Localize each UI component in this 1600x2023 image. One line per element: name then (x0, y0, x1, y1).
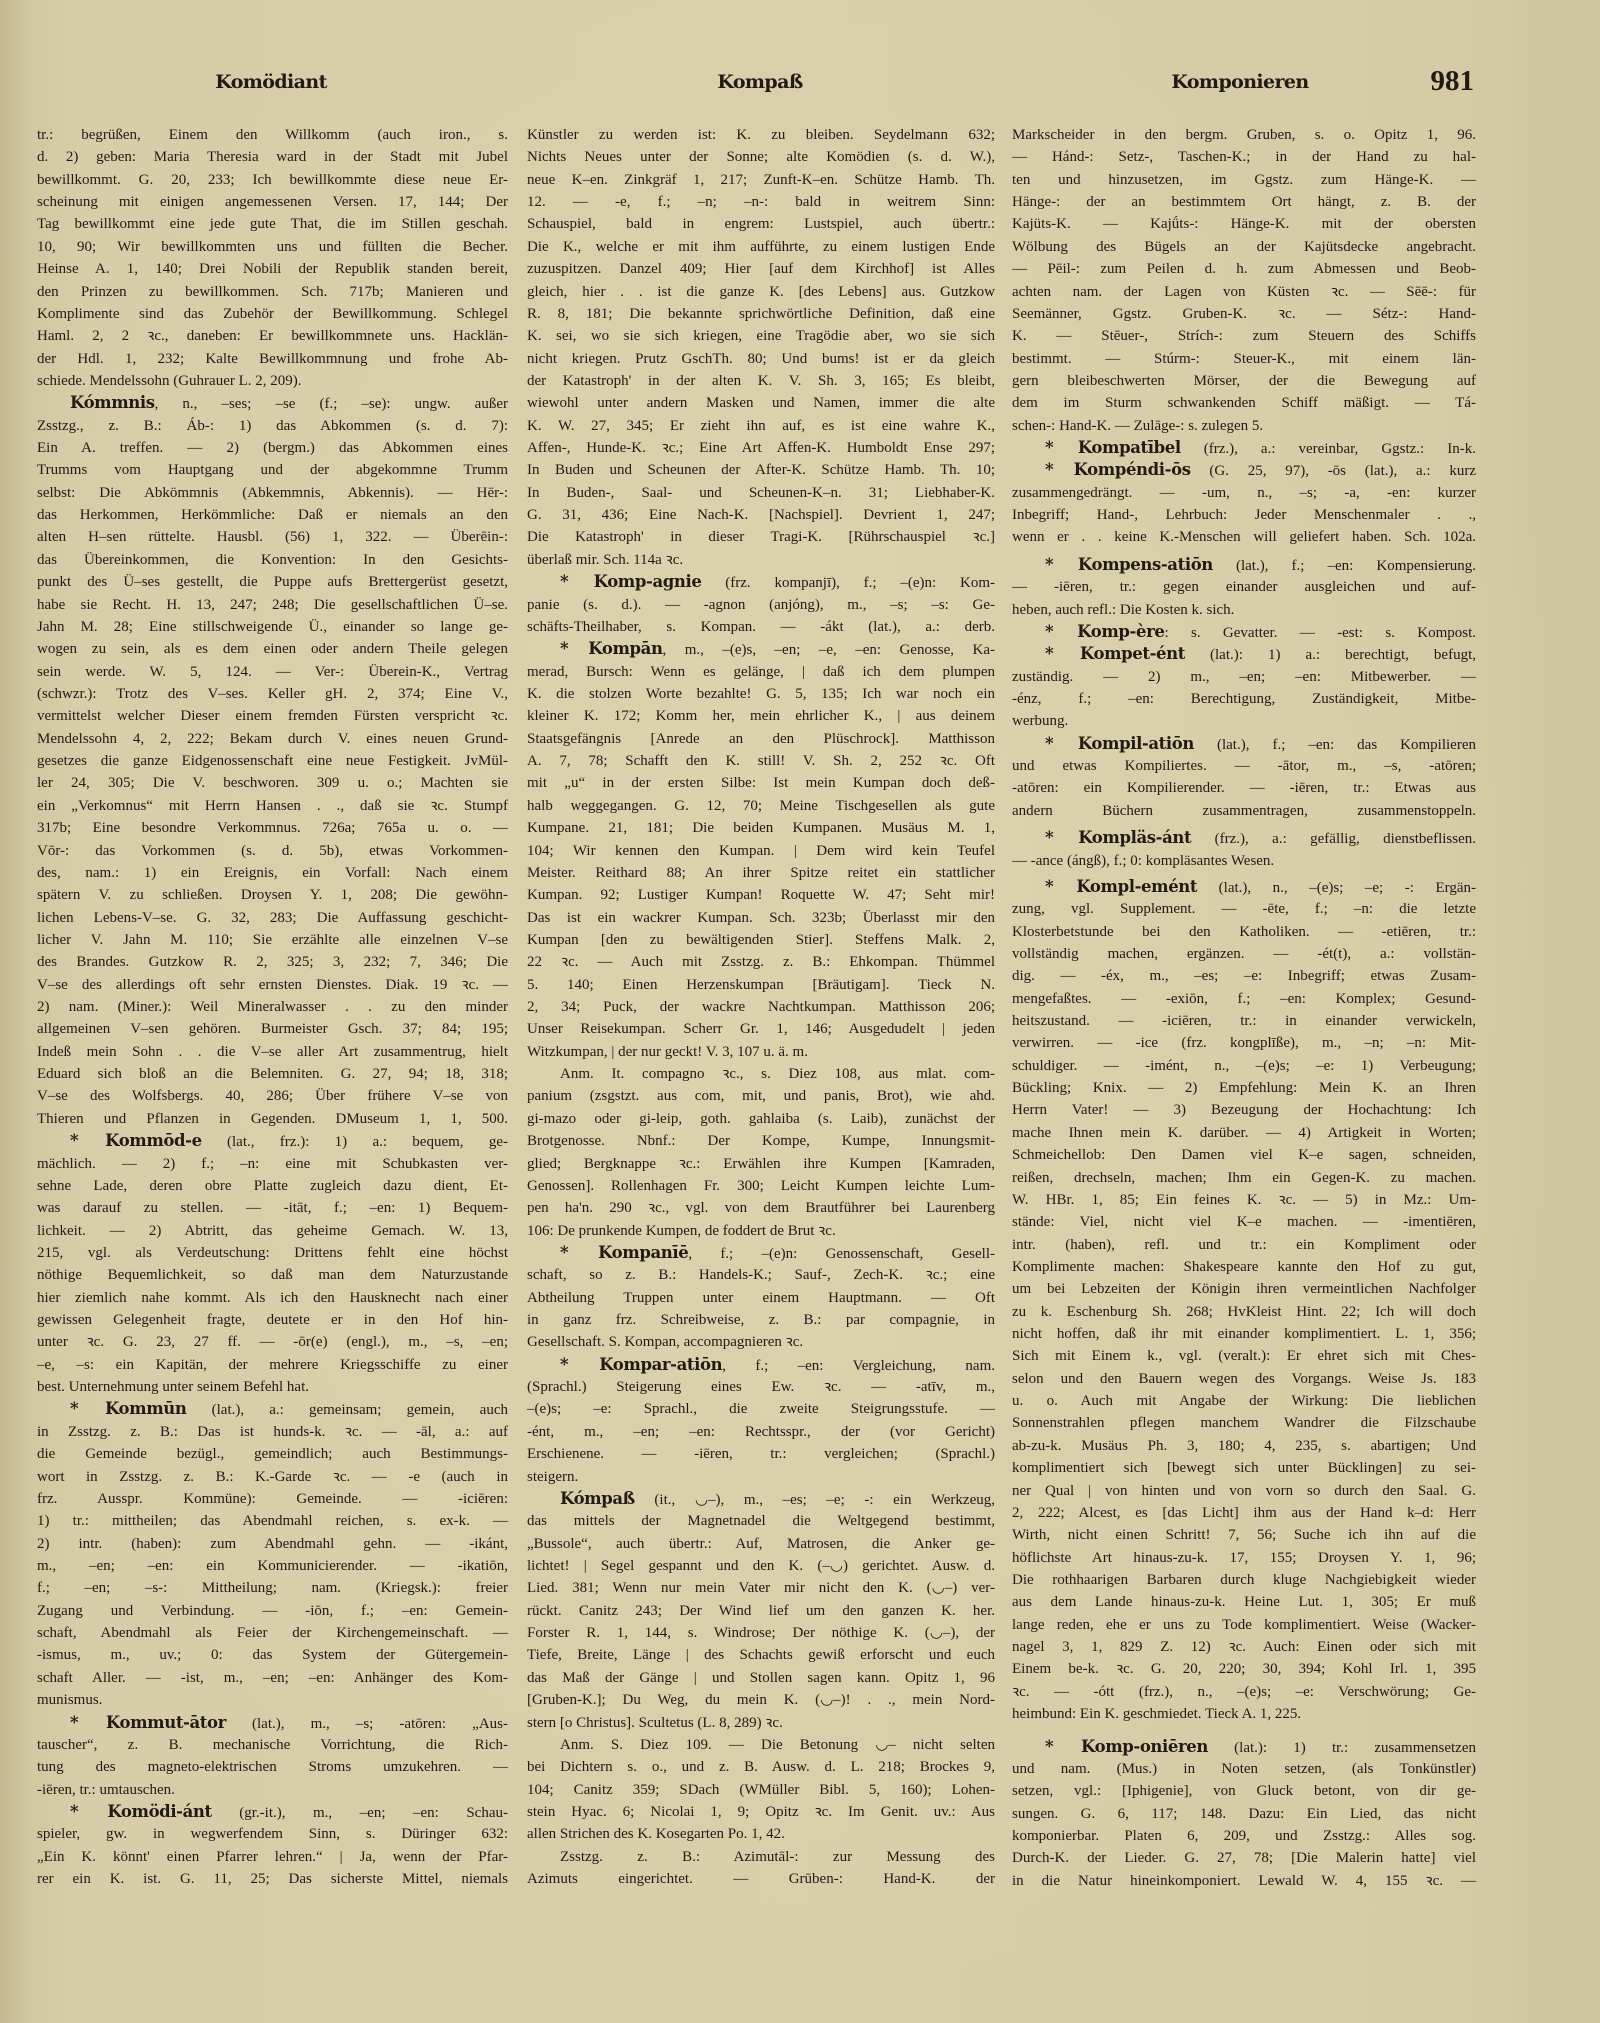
line-text: verwirren. — -ice (frz. kongplīße), m., … (1012, 1035, 1476, 1051)
line-text: spätern V. zu schließen. Droysen Y. 1, 2… (37, 887, 508, 903)
text-line: Vōr-: das Vorkommen (s. d. 5b), etwas Vo… (37, 840, 508, 862)
line-text: vermittelst welcher Dieser einem fremden… (37, 708, 508, 724)
line-text: Affen-, Hunde-K. ꝛc.; Eine Art Affen-K. … (527, 440, 995, 456)
text-line: nagel 3, 1, 829 Z. 12) ꝛc. Auch: Einen o… (1012, 1636, 1476, 1658)
text-line: — Pēil-: zum Peilen d. h. zum Abmessen u… (1012, 258, 1476, 280)
text-line: lichkeit. — 2) Abtritt, das geheime Gema… (37, 1220, 508, 1242)
text-line: panium (zsgstzt. aus com, mit, und panis… (527, 1085, 995, 1107)
text-line: [Gruben-K.]; Du Weg, du mein K. (◡–)! . … (527, 1689, 995, 1711)
text-line: schaft, so z. B.: Handels-K.; Sauf-, Zec… (527, 1264, 995, 1286)
line-text: überlaß mir. Sch. 114a ꝛc. (527, 552, 683, 568)
line-text: Witzkumpan, | der nur geckt! V. 3, 107 u… (527, 1044, 808, 1060)
line-text: habe sie Recht. H. 13, 247; 248; Die ges… (37, 597, 508, 613)
line-text: merad, Bursch: Wenn es gelänge, | daß ic… (527, 664, 995, 680)
text-line: Kumpan [den zu bewältigenden Stier]. Ste… (527, 929, 995, 951)
line-text: Kumpan. 92; Lustiger Kumpan! Roquette W.… (527, 887, 995, 903)
line-text: G. 31, 436; Eine Nach-K. [Nachspiel]. De… (527, 507, 995, 523)
text-line: K. W. 27, 345; Er zieht ihn auf, es ist … (527, 415, 995, 437)
text-line: nicht hoffen, daß ihr mit einander kompl… (1012, 1323, 1476, 1345)
line-text: punkt des Ü–ses gestellt, die Puppe aufs… (37, 574, 508, 590)
page-number: 981 (1431, 64, 1475, 98)
line-text: schuldiger. — -imént, n., –(e)s; –e: 1) … (1012, 1058, 1476, 1074)
entry-line: Kómmnis, n., –ses; –se (f.; –se): ungw. … (37, 392, 508, 414)
line-text: d. 2) geben: Maria Theresia ward in der … (37, 149, 508, 165)
text-line: Jahn M. 28; Eine stillschweigende Ü., ei… (37, 616, 508, 638)
text-line: 317b; Eine besondre Verkommnus. 726a; 76… (37, 817, 508, 839)
text-line: licher V. Jahn M. 110; Sie erzählte alle… (37, 929, 508, 951)
text-line: 104; Canitz 359; SDach (WMüller Bibl. 5,… (527, 1779, 995, 1801)
text-line: zusammengedrängt. — -um, n., –s; -a, -en… (1012, 482, 1476, 504)
text-line: Zsstzg. z. B.: Azimutāl-: zur Messung de… (527, 1846, 995, 1868)
text-line: pen ha'n. 290 ꝛc., vgl. von dem Brautfüh… (527, 1197, 995, 1219)
text-line: Schmeichellob: Den Damen viel K–e sagen,… (1012, 1144, 1476, 1166)
line-text: glied; Bergknappe ꝛc.: Erwählen ihre Kum… (527, 1156, 995, 1172)
line-text: dig. — -éx, m., –es; –e: Inbegriff; etwa… (1012, 968, 1476, 984)
text-line: was darauf zu stellen. — -itāt, f.; –en:… (37, 1197, 508, 1219)
line-text: sehne Lade, deren obre Platte zugleich d… (37, 1178, 508, 1194)
text-line: allgemeinen V–sen gehören. Burmeister Gs… (37, 1018, 508, 1040)
line-text: V–se des allerdings oft sehr ernsten Die… (37, 977, 508, 993)
text-line: vollständig machen, ergänzen. — -ét(t), … (1012, 943, 1476, 965)
text-line: in ganz frz. Schreibweise, z. B.: par co… (527, 1309, 995, 1331)
text-line: selbst: Die Abkömmnis (Abkemmnis, Abkenn… (37, 482, 508, 504)
line-text: Zsstzg., z. B.: Áb-: 1) das Abkommen (s.… (37, 418, 508, 434)
text-line: des Brandes. Gutzkow R. 2, 325; 3, 232; … (37, 951, 508, 973)
text-line: tr.: begrüßen, Einem den Willkomm (auch … (37, 124, 508, 146)
text-line: heitszustand. — -iciēren, tr.: in einand… (1012, 1010, 1476, 1032)
text-line: wenn er . . keine K.-Menschen will gelie… (1012, 526, 1476, 548)
text-line: Affen-, Hunde-K. ꝛc.; Eine Art Affen-K. … (527, 437, 995, 459)
text-line: „Ein K. könnt' einen Pfarrer lehren.“ | … (37, 1846, 508, 1868)
line-text: Lied. 381; Wenn nur mein Vater mir nicht… (527, 1580, 995, 1596)
text-line: Azimuts eingerichtet. — Grūben-: Hand-K.… (527, 1868, 995, 1890)
text-line: Kajüts-K. — Kajǘts-: Hänge-K. mit der ob… (1012, 213, 1476, 235)
text-line: Kumpane. 21, 181; Die beiden Kumpanen. M… (527, 817, 995, 839)
text-line: Haml. 2, 2 ꝛc., daneben: Er bewillkommne… (37, 325, 508, 347)
text-line: setzen, vgl.: [Iphigenie], von Gluck bet… (1012, 1780, 1476, 1802)
line-text: steigern. (527, 1469, 578, 1485)
line-text: stein Hyac. 6; Nicolai 1, 9; Opitz ꝛc. I… (527, 1804, 995, 1820)
line-text: K. W. 27, 345; Er zieht ihn auf, es ist … (527, 418, 995, 434)
text-line: f.; –en; –s-: Mittheilung; nam. (Kriegsk… (37, 1577, 508, 1599)
line-text: Eduard sich bloß an die Belemniten. G. 2… (37, 1066, 508, 1082)
line-text: das Herkommen, Herkömmliche: Daß er niem… (37, 507, 508, 523)
line-text: (lat.), f.; –en: das Kompilieren (1194, 737, 1476, 753)
line-text: Tiefe, Breite, Länge | des Schachts gewi… (527, 1647, 995, 1663)
text-line: -ént, m., –en; –en: Rechtsspr., der (vor… (527, 1421, 995, 1443)
text-line: stern [o Christus]. Scultetus (L. 8, 289… (527, 1712, 995, 1734)
headword: * Kompéndi-ōs (1045, 460, 1191, 479)
line-text: , f.; –en: Vergleichung, nam. (722, 1358, 995, 1374)
text-line: ler 24, 305; Die V. beschworen. 309 u. o… (37, 772, 508, 794)
text-line: das Maß der Gänge | und Stollen sagen ka… (527, 1667, 995, 1689)
line-text: die Gemeinde bezügl., gemeindlich; auch … (37, 1446, 508, 1462)
line-text: [Gruben-K.]; Du Weg, du mein K. (◡–)! . … (527, 1692, 995, 1708)
text-line: lichtet! | Segel gespannt und den K. (–◡… (527, 1555, 995, 1577)
line-text: komplimentiert sich [bewegt sich unter B… (1012, 1460, 1476, 1476)
line-text: selon und den Bauern wegen des Vorgangs.… (1012, 1371, 1476, 1387)
line-text: den Prinzen zu bewillkommen. Sch. 717b; … (37, 284, 508, 300)
line-text: W. HBr. 1, 85; Ein feines K. ꝛc. — 5) in… (1012, 1192, 1476, 1208)
line-text: um bei Lebzeiten der Königin ihren verme… (1012, 1281, 1476, 1297)
line-text: nöthige Bequemlichkeit, so daß man dem N… (37, 1267, 508, 1283)
text-line: punkt des Ü–ses gestellt, die Puppe aufs… (37, 571, 508, 593)
line-text: stände: Viel, nicht viel K–e machen. — -… (1012, 1214, 1476, 1230)
text-line: panie (s. d.). — -agnon (anjóng), m., –s… (527, 594, 995, 616)
text-line: höflichste Art hinaus-zu-k. 17, 155; Dro… (1012, 1547, 1476, 1569)
text-line: spieler, gw. in wegwerfendem Sinn, s. Dü… (37, 1823, 508, 1845)
line-text: tr.: begrüßen, Einem den Willkomm (auch … (37, 127, 508, 143)
text-line: Markscheider in den bergm. Gruben, s. o.… (1012, 124, 1476, 146)
line-text: das mittels der Magnetnadel die Weltgege… (527, 1513, 995, 1529)
text-line: ten und hinzusetzen, im Ggstz. zum Hänge… (1012, 169, 1476, 191)
entry-line: * Komödi-ánt (gr.-it.), m., –en; –en: Sc… (37, 1801, 508, 1823)
line-text: des Brandes. Gutzkow R. 2, 325; 3, 232; … (37, 954, 508, 970)
entry-line: * Kompil-atiōn (lat.), f.; –en: das Komp… (1012, 733, 1476, 755)
text-line: überlaß mir. Sch. 114a ꝛc. (527, 549, 995, 571)
text-line: gesetzes die ganze Eidgenossenschaft ein… (37, 750, 508, 772)
text-line: zuständig. — 2) m., –en; –en: Mitbewerbe… (1012, 666, 1476, 688)
text-line: munismus. (37, 1689, 508, 1711)
line-text: –e, –s: ein Kapitän, der mehrere Kriegss… (37, 1357, 508, 1373)
line-text: Abtheilung Truppen unter einem Hauptmann… (527, 1290, 995, 1306)
text-line: tauscher“, z. B. mechanische Vorrichtung… (37, 1734, 508, 1756)
entry-line: * Kompens-atiōn (lat.), f.; –en: Kompens… (1012, 554, 1476, 576)
text-line: das Übereinkommen, die Konvention: In de… (37, 549, 508, 571)
line-text: Wölbung des Bügels an der Kajütsdecke an… (1012, 239, 1476, 255)
line-text: Kumpan [den zu bewältigenden Stier]. Ste… (527, 932, 995, 948)
entry-line: * Kompanīē, f.; –(e)n: Genossenschaft, G… (527, 1242, 995, 1264)
line-text: halb weggegangen. G. 12, 70; Meine Tisch… (527, 798, 995, 814)
line-text: werbung. (1012, 713, 1068, 729)
text-line: Forster R. 1, 144, s. Windrose; Der nöth… (527, 1622, 995, 1644)
text-column-3: Markscheider in den bergm. Gruben, s. o.… (1012, 124, 1476, 1892)
line-text: Thieren und Pflanzen in Gegenden. DMuseu… (37, 1111, 508, 1127)
text-line: -ismus, m., uv.; 0: das System der Güter… (37, 1644, 508, 1666)
text-line: V–se des Wolfsbergs. 40, 286; Über frühe… (37, 1085, 508, 1107)
text-line: 2, 34; Puck, der wackre Nachtkumpan. Mat… (527, 996, 995, 1018)
headword: * Kommōd-e (70, 1131, 202, 1150)
line-text: gesetzes die ganze Eidgenossenschaft ein… (37, 753, 508, 769)
line-text: –(e)s; –e: Sprachl., die zweite Steigrun… (527, 1401, 995, 1417)
line-text: wort in Zsstzg. z. B.: K.-Garde ꝛc. — -e… (37, 1469, 508, 1485)
line-text: Kajüts-K. — Kajǘts-: Hänge-K. mit der ob… (1012, 216, 1476, 232)
line-text: heben, auch refl.: Die Kosten k. sich. (1012, 602, 1234, 618)
line-text: best. Unternehmung unter seinem Befehl h… (37, 1379, 309, 1395)
entry-line: * Komp-ère: s. Gevatter. — -est: s. Komp… (1012, 621, 1476, 643)
line-text: -atōren: ein Kompilierender. — -iēren, t… (1012, 780, 1476, 796)
line-text: -ismus, m., uv.; 0: das System der Güter… (37, 1647, 508, 1663)
text-line: sehne Lade, deren obre Platte zugleich d… (37, 1175, 508, 1197)
line-text: Inbegriff; Hand-, Lehrbuch: Jeder Mensch… (1012, 507, 1476, 523)
text-line: Witzkumpan, | der nur geckt! V. 3, 107 u… (527, 1041, 995, 1063)
text-line: Sich mit Einem k., vgl. (veralt.): Er eh… (1012, 1345, 1476, 1367)
text-line: schiede. Mendelssohn (Guhrauer L. 2, 209… (37, 370, 508, 392)
headword: * Komödi-ánt (70, 1802, 212, 1821)
line-text: andern Büchern zusammentragen, zusammens… (1012, 803, 1476, 819)
line-text: schaft, Abendmahl als Feier der Kircheng… (37, 1625, 508, 1641)
text-line: allen Strichen des K. Kosegarten Po. 1, … (527, 1823, 995, 1845)
text-line: d. 2) geben: Maria Theresia ward in der … (37, 146, 508, 168)
text-line: vermittelst welcher Dieser einem fremden… (37, 705, 508, 727)
line-text: lichen Lebens-V–se. G. 32, 283; Die Auff… (37, 910, 508, 926)
line-text: 5. 140; Einen Herzenskumpan [Bräutigam].… (527, 977, 995, 993)
line-text: gi-mazo oder gi-leip, goth. gahlaiba (s.… (527, 1111, 995, 1127)
line-text: reißen, drechseln, machen; Ihm ein Gegen… (1012, 1170, 1476, 1186)
text-line: die Gemeinde bezügl., gemeindlich; auch … (37, 1443, 508, 1465)
text-line: intr. (haben), refl. und tr.: ein Kompli… (1012, 1234, 1476, 1256)
text-line: lange reden, ehe er uns zu Tode komplime… (1012, 1614, 1476, 1636)
line-text: schaft, so z. B.: Handels-K.; Sauf-, Zec… (527, 1267, 995, 1283)
text-line: alten H–sen rüttelte. Hausbl. (56) 1, 32… (37, 526, 508, 548)
text-line: Hänge-: der an bestimmtem Ort hängt, z. … (1012, 191, 1476, 213)
headword: * Kompar-atiōn (560, 1355, 722, 1374)
line-text: bestimmt. — Stúrm-: Steuer-K., mit einem… (1012, 351, 1476, 367)
text-line: 2) intr. (haben): zum Abendmahl gehn. — … (37, 1533, 508, 1555)
text-line: 2, 222; Alcest, es [das Licht] ihm aus d… (1012, 1502, 1476, 1524)
line-text: u. o. Auch mit Angabe der Wirkung: Die l… (1012, 1393, 1476, 1409)
text-line: gern bleibeschwerten Mörser, der die Bew… (1012, 370, 1476, 392)
line-text: tauscher“, z. B. mechanische Vorrichtung… (37, 1737, 508, 1753)
line-text: Zsstzg. z. B.: Azimutāl-: zur Messung de… (560, 1849, 995, 1865)
text-line: spätern V. zu schließen. Droysen Y. 1, 2… (37, 884, 508, 906)
text-line: und nam. (Mus.) in Noten setzen, (als To… (1012, 1758, 1476, 1780)
line-text: (it., ◡–), m., –es; –e; -: ein Werkzeug, (635, 1492, 995, 1508)
text-line: 12. — -e, f.; –n; –n-: bald in weitrem S… (527, 191, 995, 213)
line-text: (schwzr.): Trotz des V–ses. Keller gH. 2… (37, 686, 508, 702)
line-text: Haml. 2, 2 ꝛc., daneben: Er bewillkommne… (37, 328, 508, 344)
text-line: (Sprachl.) Steigerung eines Ew. ꝛc. — -a… (527, 1376, 995, 1398)
entry-line: Kómpaß (it., ◡–), m., –es; –e; -: ein We… (527, 1488, 995, 1510)
text-line: Genossen]. Rollenhagen Fr. 300; Leicht K… (527, 1175, 995, 1197)
text-line: stein Hyac. 6; Nicolai 1, 9; Opitz ꝛc. I… (527, 1801, 995, 1823)
line-text: — -iēren, tr.: gegen einander ausgleiche… (1012, 579, 1476, 595)
text-line: Brotgenosse. Nbnf.: Der Kompe, Kumpe, In… (527, 1130, 995, 1152)
text-line: K. die stolzen Worte bezahlte! G. 5, 135… (527, 683, 995, 705)
line-text: Kumpane. 21, 181; Die beiden Kumpanen. M… (527, 820, 995, 836)
text-line: Zugang und Verbindung. — -iōn, f.; –en: … (37, 1600, 508, 1622)
line-text: 2, 222; Alcest, es [das Licht] ihm aus d… (1012, 1505, 1476, 1521)
line-text: 215, vgl. als Verdeutschung: Drittens fe… (37, 1245, 508, 1261)
text-line: reißen, drechseln, machen; Ihm ein Gegen… (1012, 1167, 1476, 1189)
text-line: R. 8, 181; Die bekannte sprichwörtliche … (527, 303, 995, 325)
line-text: Bückling; Knix. — 2) Empfehlung: Mein K.… (1012, 1080, 1476, 1096)
line-text: K. sei, wo sie sich kriegen, eine Tragöd… (527, 328, 995, 344)
text-line: mit „u“ in der ersten Silbe: Ist mein Ku… (527, 772, 995, 794)
line-text: 104; Wir kennen den Kumpan. | Dem wird k… (527, 843, 995, 859)
line-text: panium (zsgstzt. aus com, mit, und panis… (527, 1088, 995, 1104)
text-line: Ein A. treffen. — 2) (bergm.) das Abkomm… (37, 437, 508, 459)
line-text: panie (s. d.). — -agnon (anjóng), m., –s… (527, 597, 995, 613)
line-text: (lat., frz.): 1) a.: bequem, ge- (202, 1134, 508, 1150)
line-text: in die Natur hineinkomponiert. Lewald W.… (1012, 1873, 1476, 1889)
text-line: glied; Bergknappe ꝛc.: Erwählen ihre Kum… (527, 1153, 995, 1175)
text-line: hier ziemlich nahe kommt. Als ich den Ha… (37, 1287, 508, 1309)
text-line: gi-mazo oder gi-leip, goth. gahlaiba (s.… (527, 1108, 995, 1130)
headword: * Komp-agnie (560, 572, 701, 591)
line-text: Trumms vom Hauptgang und der abgekommne … (37, 462, 508, 478)
line-text: was darauf zu stellen. — -itāt, f.; –en:… (37, 1200, 508, 1216)
text-line: mache Ihnen mein K. darüber. — 4) Artigk… (1012, 1122, 1476, 1144)
text-line: zu k. Eschenburg Sh. 268; HvKleist Hint.… (1012, 1301, 1476, 1323)
text-line: Trumms vom Hauptgang und der abgekommne … (37, 459, 508, 481)
headword: * Kompens-atiōn (1045, 555, 1213, 574)
text-line: Durch-K. der Lieder. G. 27, 78; [Die Mal… (1012, 1847, 1476, 1869)
entry-line: * Kompl-emént (lat.), n., –(e)s; –e; -: … (1012, 876, 1476, 898)
text-line: 10, 90; Wir bewillkommten uns und füllte… (37, 236, 508, 258)
text-line: sungen. G. 6, 117; 148. Dazu: Ein Lied, … (1012, 1803, 1476, 1825)
line-text: In Buden und Scheunen der After-K. Schüt… (527, 462, 995, 478)
line-text: unter ꝛc. G. 23, 27 ff. — -ōr(e) (engl.)… (37, 1334, 508, 1350)
text-line: Die K., welche er mit ihm aufführte, zu … (527, 236, 995, 258)
line-text: (lat.), a.: gemeinsam; gemein, auch (186, 1402, 508, 1418)
text-line: komplimentiert sich [bewegt sich unter B… (1012, 1457, 1476, 1479)
text-line: unter ꝛc. G. 23, 27 ff. — -ōr(e) (engl.)… (37, 1331, 508, 1353)
text-line: aus dem Lande hinaus-zu-k. Heine Lut. 1,… (1012, 1591, 1476, 1613)
line-text: 2) nam. (Miner.): Weil Mineralwasser . .… (37, 999, 508, 1015)
line-text: Künstler zu werden ist: K. zu bleiben. S… (527, 127, 995, 143)
line-text: Die Katastroph' in dieser Tragi-K. [Rühr… (527, 529, 995, 545)
line-text: schäfts-Theilhaber, s. Kompan. — -ákt (l… (527, 619, 995, 635)
line-text: ler 24, 305; Die V. beschworen. 309 u. o… (37, 775, 508, 791)
line-text: kleiner K. 172; Komm her, mein ehrlicher… (527, 708, 995, 724)
text-line: bewillkommt. G. 20, 233; Ich bewillkommt… (37, 169, 508, 191)
line-text: allgemeinen V–sen gehören. Burmeister Gs… (37, 1021, 508, 1037)
text-line: schuldiger. — -imént, n., –(e)s; –e: 1) … (1012, 1055, 1476, 1077)
line-text: wenn er . . keine K.-Menschen will gelie… (1012, 529, 1476, 545)
entry-line: * Kommōd-e (lat., frz.): 1) a.: bequem, … (37, 1130, 508, 1152)
line-text: (Sprachl.) Steigerung eines Ew. ꝛc. — -a… (527, 1379, 995, 1395)
headword: * Kompläs-ánt (1045, 828, 1191, 847)
line-text: Tag bewillkommt eine jede gute That, die… (37, 216, 508, 232)
text-line: Komplimente sind das Zubehör der Bewillk… (37, 303, 508, 325)
headword: Kómpaß (560, 1489, 635, 1508)
text-line: Künstler zu werden ist: K. zu bleiben. S… (527, 124, 995, 146)
line-text: 106: De prunkende Kumpen, de foddert de … (527, 1223, 836, 1239)
line-text: vollständig machen, ergänzen. — -ét(t), … (1012, 946, 1476, 962)
entry-line: * Kompläs-ánt (frz.), a.: gefällig, dien… (1012, 827, 1476, 849)
text-line: nöthige Bequemlichkeit, so daß man dem N… (37, 1264, 508, 1286)
line-text: lichkeit. — 2) Abtritt, das geheime Gema… (37, 1223, 508, 1239)
text-line: Tiefe, Breite, Länge | des Schachts gewi… (527, 1644, 995, 1666)
text-line: –(e)s; –e: Sprachl., die zweite Steigrun… (527, 1398, 995, 1420)
text-line: den Prinzen zu bewillkommen. Sch. 717b; … (37, 281, 508, 303)
line-text: das Maß der Gänge | und Stollen sagen ka… (527, 1670, 995, 1686)
text-line: Lied. 381; Wenn nur mein Vater mir nicht… (527, 1577, 995, 1599)
line-text: wiewohl unter andern Masken und Namen, i… (527, 395, 995, 411)
text-line: Wölbung des Bügels an der Kajütsdecke an… (1012, 236, 1476, 258)
line-text: Die K., welche er mit ihm aufführte, zu … (527, 239, 995, 255)
line-text: pen ha'n. 290 ꝛc., vgl. von dem Brautfüh… (527, 1200, 995, 1216)
headword: * Kompatībel (1045, 438, 1181, 457)
line-text: Forster R. 1, 144, s. Windrose; Der nöth… (527, 1625, 995, 1641)
text-line: um bei Lebzeiten der Königin ihren verme… (1012, 1278, 1476, 1300)
text-line: Zsstzg., z. B.: Áb-: 1) das Abkommen (s.… (37, 415, 508, 437)
text-line: Einem be-k. ꝛc. G. 20, 220; 30, 394; Koh… (1012, 1658, 1476, 1680)
line-text: — -ance (ángß), f.; 0: kompläsantes Wese… (1012, 853, 1274, 869)
line-text: m., –en; –en: ein Kommunicierender. — -i… (37, 1558, 508, 1574)
text-line: Eduard sich bloß an die Belemniten. G. 2… (37, 1063, 508, 1085)
text-line: der Hdl. 1, 232; Kalte Bewillkommnung un… (37, 348, 508, 370)
line-text: Einem be-k. ꝛc. G. 20, 220; 30, 394; Koh… (1012, 1661, 1476, 1677)
line-text: sungen. G. 6, 117; 148. Dazu: Ein Lied, … (1012, 1806, 1476, 1822)
text-line: — -ance (ángß), f.; 0: kompläsantes Wese… (1012, 850, 1476, 872)
text-line: wogen zu sein, als es dem einen oder and… (37, 638, 508, 660)
line-text: allen Strichen des K. Kosegarten Po. 1, … (527, 1826, 785, 1842)
text-line: Anm. It. compagno ꝛc., s. Diez 108, aus … (527, 1063, 995, 1085)
line-text: des, nam.: 1) ein Ereignis, ein Vorfall:… (37, 865, 508, 881)
line-text: wogen zu sein, als es dem einen oder and… (37, 641, 508, 657)
line-text: V–se des Wolfsbergs. 40, 286; Über frühe… (37, 1088, 508, 1104)
line-text: ten und hinzusetzen, im Ggstz. zum Hänge… (1012, 172, 1476, 188)
line-text: Staatsgefängnis [Anrede an den Plüschroc… (527, 731, 995, 747)
line-text: 12. — -e, f.; –n; –n-: bald in weitrem S… (527, 194, 995, 210)
text-line: 2) nam. (Miner.): Weil Mineralwasser . .… (37, 996, 508, 1018)
line-text: , n., –ses; –se (f.; –se): ungw. außer (155, 396, 508, 412)
line-text: licher V. Jahn M. 110; Sie erzählte alle… (37, 932, 508, 948)
text-line: gleich, hier . . ist die ganze K. [des L… (527, 281, 995, 303)
line-text: gewissen Gelegenheit fragte, deutete er … (37, 1312, 508, 1328)
text-line: lichen Lebens-V–se. G. 32, 283; Die Auff… (37, 907, 508, 929)
line-text: -énz, f.; –en: Berechtigung, Zuständigke… (1012, 691, 1476, 707)
line-text: 10, 90; Wir bewillkommten uns und füllte… (37, 239, 508, 255)
text-line: Erschienene. — -iēren, tr.: vergleichen;… (527, 1443, 995, 1465)
line-text: — Hánd-: Setz-, Taschen-K.; in der Hand … (1012, 149, 1476, 165)
text-line: Komplimente machen: Shakespeare kannte d… (1012, 1256, 1476, 1278)
line-text: (lat.), f.; –en: Kompensierung. (1213, 558, 1476, 574)
line-text: Wirth, nicht einen Schritt! 7, 56; Suche… (1012, 1527, 1476, 1543)
dictionary-page: Komödiant Kompaß Komponieren 981 tr.: be… (0, 0, 1600, 2023)
text-line: „Bussole“, auch übertr.: Auf, Matrosen, … (527, 1533, 995, 1555)
line-text: (frz.), a.: gefällig, dienstbeflissen. (1191, 831, 1476, 847)
line-text: (G. 25, 97), -ōs (lat.), a.: kurz (1191, 463, 1476, 479)
line-text: schen-: Hand-K. — Zulāge-: s. zulegen 5. (1012, 418, 1263, 434)
line-text: nicht hoffen, daß ihr mit einander kompl… (1012, 1326, 1476, 1342)
line-text: munismus. (37, 1692, 102, 1708)
line-text: -iēren, tr.: umtauschen. (37, 1782, 175, 1798)
line-text: Zugang und Verbindung. — -iōn, f.; –en: … (37, 1603, 508, 1619)
line-text: 104; Canitz 359; SDach (WMüller Bibl. 5,… (527, 1782, 995, 1798)
text-line: Abtheilung Truppen unter einem Hauptmann… (527, 1287, 995, 1309)
line-text: in Zsstzg. z. B.: Das ist hunds-k. ꝛc. —… (37, 1424, 508, 1440)
line-text: gern bleibeschwerten Mörser, der die Bew… (1012, 373, 1476, 389)
entry-line: * Kompar-atiōn, f.; –en: Vergleichung, n… (527, 1354, 995, 1376)
line-text: zu k. Eschenburg Sh. 268; HvKleist Hint.… (1012, 1304, 1476, 1320)
text-line: best. Unternehmung unter seinem Befehl h… (37, 1376, 508, 1398)
text-line: Indeß mein Sohn . . die V–se aller Art z… (37, 1041, 508, 1063)
text-line: gewissen Gelegenheit fragte, deutete er … (37, 1309, 508, 1331)
line-text: , f.; –(e)n: Genossenschaft, Gesell- (688, 1246, 995, 1262)
line-text: in ganz frz. Schreibweise, z. B.: par co… (527, 1312, 995, 1328)
line-text: bewillkommt. G. 20, 233; Ich bewillkommt… (37, 172, 508, 188)
line-text: Klosterbetstunde bei den Katholiken. — -… (1012, 924, 1476, 940)
text-line: Das ist ein wackrer Kumpan. Sch. 323b; Ü… (527, 907, 995, 929)
line-text: (lat.), m., –s; -atōren: „Aus- (226, 1716, 508, 1732)
text-line: dem im Sturm schwankenden Schiff mäßigt.… (1012, 392, 1476, 414)
line-text: Seemänner, Ggstz. Gruben-K. ꝛc. — Sétz-:… (1012, 306, 1476, 322)
text-line: Nichts Neues unter der Sonne; alte Komöd… (527, 146, 995, 168)
line-text: alten H–sen rüttelte. Hausbl. (56) 1, 32… (37, 529, 508, 545)
line-text: zuständig. — 2) m., –en; –en: Mitbewerbe… (1012, 669, 1476, 685)
text-line: A. 7, 78; Schafft den K. still! V. Sh. 2… (527, 750, 995, 772)
text-line: Seemänner, Ggstz. Gruben-K. ꝛc. — Sétz-:… (1012, 303, 1476, 325)
line-text: Brotgenosse. Nbnf.: Der Kompe, Kumpe, In… (527, 1133, 995, 1149)
line-text: Sich mit Einem k., vgl. (veralt.): Er eh… (1012, 1348, 1476, 1364)
line-text: schiede. Mendelssohn (Guhrauer L. 2, 209… (37, 373, 302, 389)
text-line: in die Natur hineinkomponiert. Lewald W.… (1012, 1870, 1476, 1892)
text-line: Die Katastroph' in dieser Tragi-K. [Rühr… (527, 526, 995, 548)
text-line: W. HBr. 1, 85; Ein feines K. ꝛc. — 5) in… (1012, 1189, 1476, 1211)
